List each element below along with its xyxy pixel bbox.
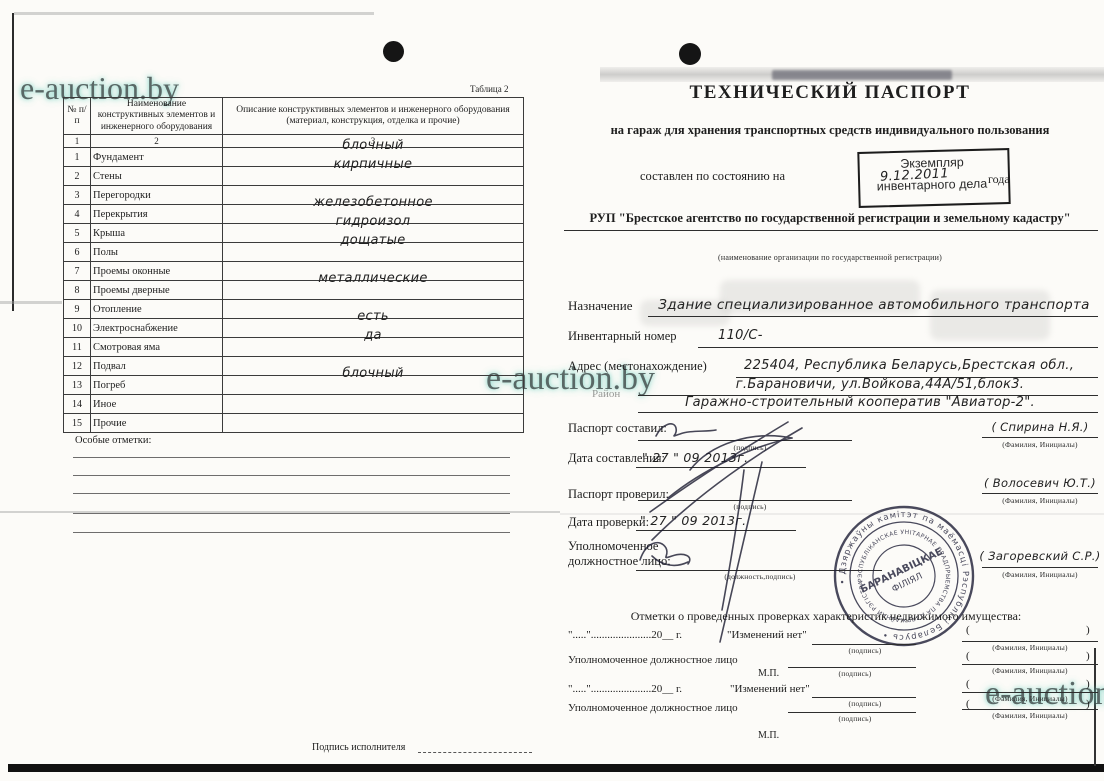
check-no-changes: "Изменений нет"	[727, 629, 807, 641]
paren-open: (	[966, 624, 970, 636]
signature-flourish	[668, 438, 792, 498]
table-header-row: № п/п Наименование конструктивных элемен…	[64, 98, 524, 135]
scan-streak-top-left	[14, 12, 374, 15]
executor-signature-line	[418, 751, 532, 753]
row-num: 6	[64, 243, 91, 262]
check-sign-line	[788, 711, 916, 713]
name-caption: (Фамилия, Инициалы)	[962, 711, 1098, 720]
row-num: 4	[64, 205, 91, 224]
name-caption: (Фамилия, Инициалы)	[962, 666, 1098, 675]
col-header-name: Наименование конструктивных элементов и …	[91, 98, 223, 135]
check-name-line	[962, 663, 1098, 665]
row-num: 12	[64, 357, 91, 376]
table-row: 2Стеныкирпичные	[64, 167, 524, 186]
row-label: Погреб	[91, 376, 223, 395]
row-value-handwritten: металлические	[223, 271, 523, 286]
table-row: 11Смотровая ямада	[64, 338, 524, 357]
table-row: 14Иное	[64, 395, 524, 414]
special-notes-label: Особые отметки:	[75, 435, 151, 446]
scan-streak-small	[0, 301, 62, 304]
table-row: 8Проемы дверныеметаллические	[64, 281, 524, 300]
scan-edge-line-left	[12, 13, 14, 311]
row-label: Отопление	[91, 300, 223, 319]
row-label: Стены	[91, 167, 223, 186]
row-num: 7	[64, 262, 91, 281]
row-label: Электроснабжение	[91, 319, 223, 338]
table-row: 13Погребблочный	[64, 376, 524, 395]
row-label: Фундамент	[91, 148, 223, 167]
row-label: Проемы оконные	[91, 262, 223, 281]
colnum: 2	[91, 135, 223, 148]
special-notes-line	[73, 493, 510, 496]
row-num: 1	[64, 148, 91, 167]
sign-caption: (подпись)	[800, 669, 910, 678]
check-date-blank: "....."......................20__ г.	[568, 683, 682, 695]
row-value-handwritten: блочный	[223, 138, 523, 153]
col-header-description: Описание конструктивных элементов и инже…	[223, 98, 524, 135]
row-num: 9	[64, 300, 91, 319]
row-num: 15	[64, 414, 91, 433]
special-notes-line	[73, 513, 510, 516]
special-notes-line	[73, 457, 510, 460]
special-notes-line	[73, 475, 510, 478]
row-label: Смотровая яма	[91, 338, 223, 357]
row-num: 8	[64, 281, 91, 300]
table-caption: Таблица 2	[470, 84, 509, 94]
row-label: Перегородки	[91, 186, 223, 205]
row-num: 11	[64, 338, 91, 357]
checks-heading: Отметки о проведенных проверках характер…	[566, 609, 1086, 624]
paren-open: (	[966, 678, 970, 690]
punch-hole-left	[383, 41, 404, 62]
table-row: 15Прочие	[64, 414, 524, 433]
row-value-handwritten: железобетонное	[223, 195, 523, 210]
row-num: 5	[64, 224, 91, 243]
row-label: Иное	[91, 395, 223, 414]
row-label: Прочие	[91, 414, 223, 433]
check-name-line	[962, 708, 1098, 710]
row-label: Перекрытия	[91, 205, 223, 224]
row-num: 14	[64, 395, 91, 414]
row-num: 10	[64, 319, 91, 338]
special-notes-line	[73, 532, 510, 535]
check-official-label: Уполномоченное должностное лицо	[568, 702, 738, 714]
row-value-handwritten: блочный	[223, 366, 523, 381]
sign-caption: (подпись)	[800, 714, 910, 723]
row-label: Проемы дверные	[91, 281, 223, 300]
check-sign-line	[812, 696, 916, 698]
row-label: Подвал	[91, 357, 223, 376]
check-sign-line	[788, 666, 916, 668]
check-date-blank: "....."......................20__ г.	[568, 629, 682, 641]
row-num: 2	[64, 167, 91, 186]
mp-label: М.П.	[758, 730, 779, 741]
row-num: 3	[64, 186, 91, 205]
name-caption: (Фамилия, Инициалы)	[962, 694, 1098, 703]
row-label: Полы	[91, 243, 223, 262]
scanned-technical-passport: e-auction.by e-auction.by e-auction.by Т…	[0, 0, 1104, 781]
executor-signature-label: Подпись исполнителя	[312, 742, 405, 753]
row-value-handwritten: есть	[223, 309, 523, 324]
check-name-line	[962, 691, 1098, 693]
sign-caption: (подпись)	[820, 699, 910, 708]
check-official-label: Уполномоченное должностное лицо	[568, 654, 738, 666]
mp-label: М.П.	[758, 668, 779, 679]
col-header-num: № п/п	[64, 98, 91, 135]
paren-open: (	[966, 650, 970, 662]
signature-official	[640, 543, 690, 564]
check-no-changes: "Изменений нет"	[730, 683, 810, 695]
row-num: 13	[64, 376, 91, 395]
construction-elements-table: № п/п Наименование конструктивных элемен…	[63, 97, 524, 433]
check-sign-line	[812, 643, 916, 645]
sign-caption: (подпись)	[820, 646, 910, 655]
row-value-handwritten: да	[223, 328, 523, 343]
row-value-handwritten: кирпичные	[223, 157, 523, 172]
signature-compiler	[656, 424, 716, 436]
colnum: 1	[64, 135, 91, 148]
signature-flourish	[652, 428, 802, 540]
row-value-handwritten: дощатые	[223, 233, 523, 248]
name-caption: (Фамилия, Инициалы)	[962, 643, 1098, 652]
table-row: 6Полыдощатые	[64, 243, 524, 262]
row-label: Крыша	[91, 224, 223, 243]
paren-close: )	[1086, 650, 1090, 662]
paren-close: )	[1086, 678, 1090, 690]
row-value-handwritten: гидроизол	[223, 214, 523, 229]
check-name-line	[962, 640, 1098, 642]
paren-close: )	[1086, 624, 1090, 636]
